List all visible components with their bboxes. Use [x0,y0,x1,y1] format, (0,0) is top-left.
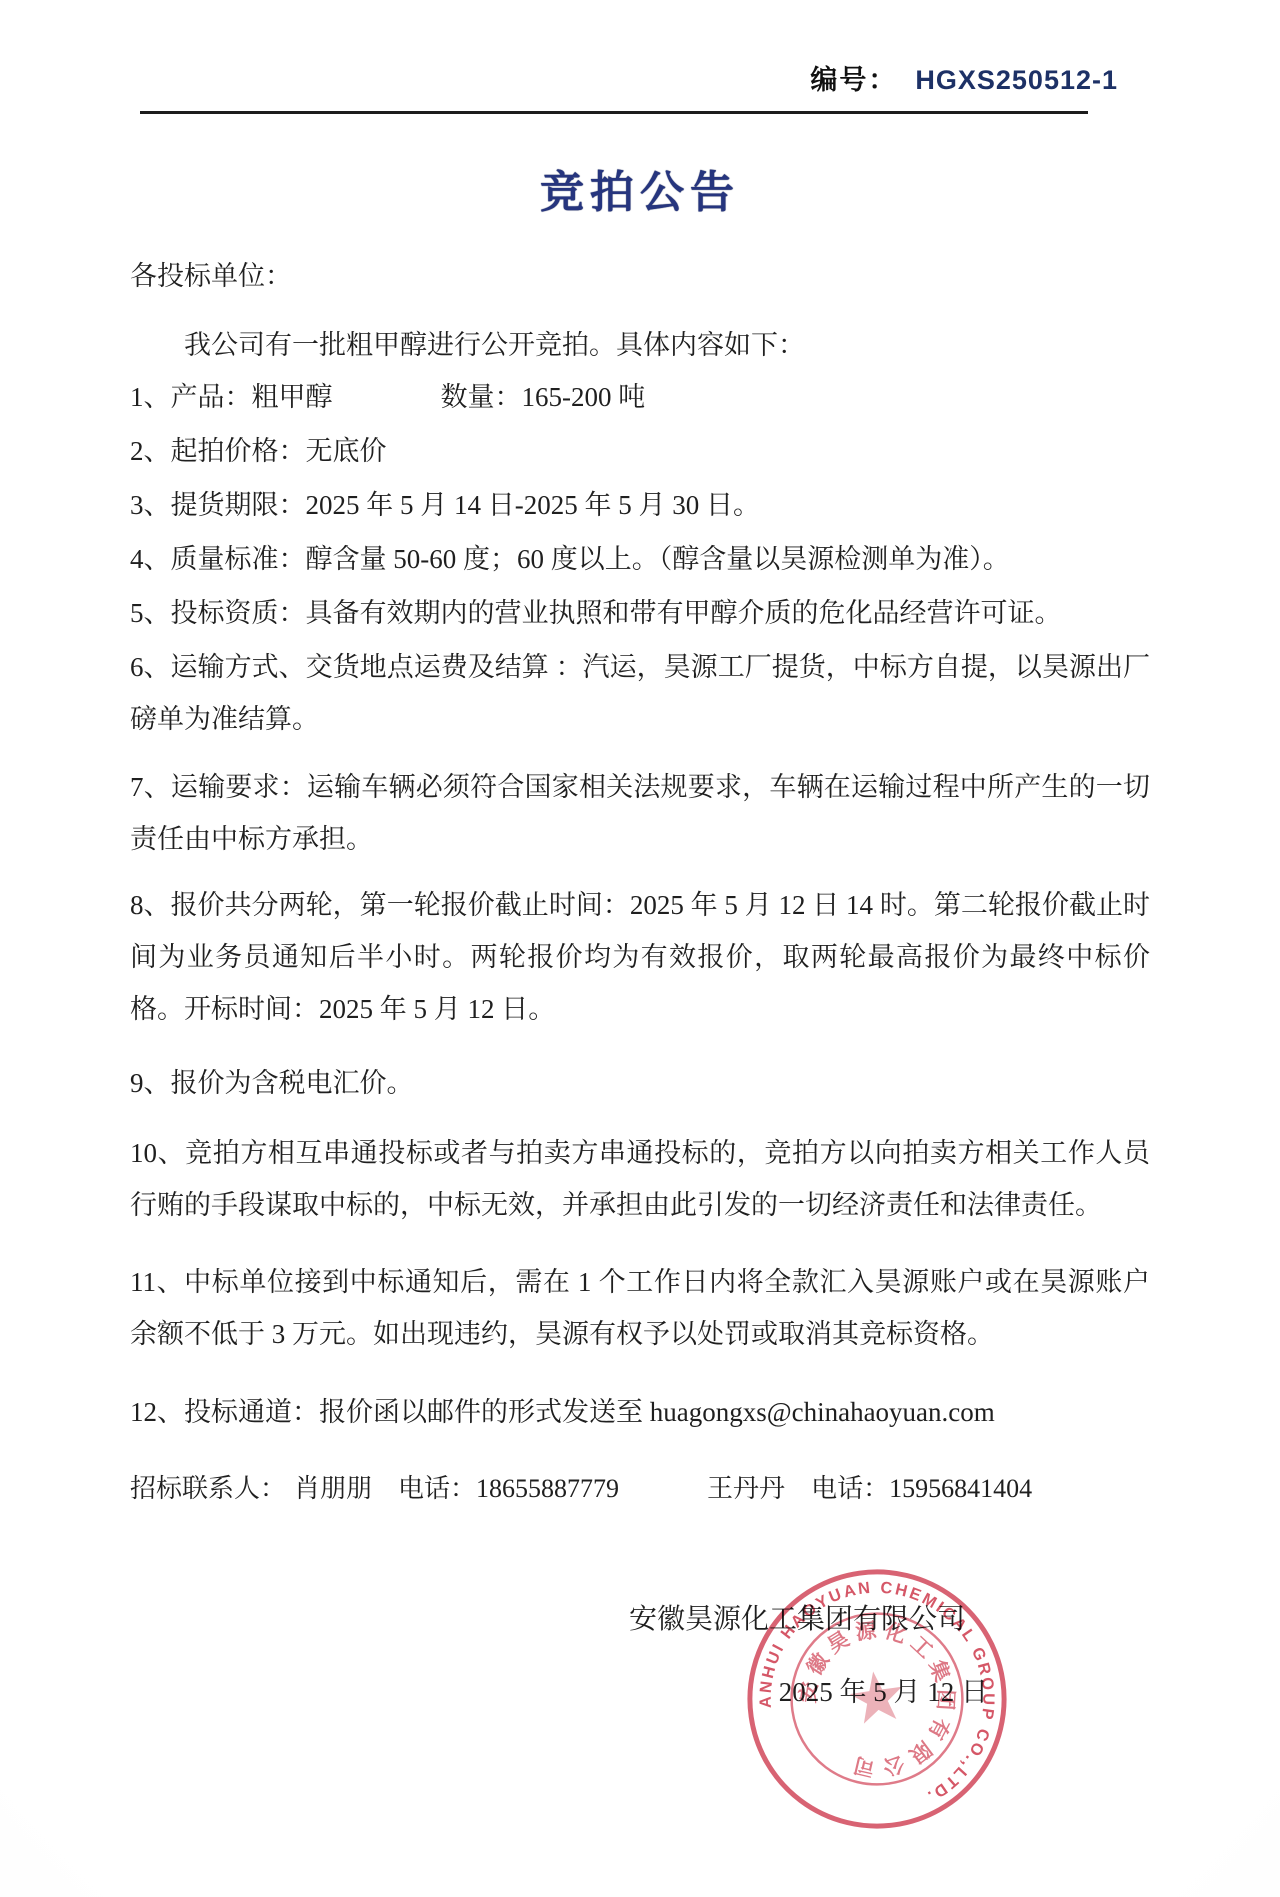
signature-company: 安徽昊源化工集团有限公司 [0,1597,1280,1637]
document-page: 编号：HGXS250512-1 竞拍公告 各投标单位： 我公司有一批粗甲醇进行公… [0,0,1280,1897]
phone-label-2: 电话： [811,1468,889,1505]
notice-item-3: 3、提货期限：2025 年 5 月 14 日-2025 年 5 月 30 日。 [130,479,1150,531]
notice-item-6: 6、运输方式、交货地点运费及结算 ：汽运，昊源工厂提货，中标方自提，以昊源出厂磅… [130,641,1150,745]
notice-item-7: 7、运输要求：运输车辆必须符合国家相关法规要求，车辆在运输过程中所产生的一切责任… [130,761,1150,865]
signature-date: 2025 年 5 月 12 日 [0,1670,1280,1709]
notice-item-4: 4、质量标准：醇含量 50-60 度；60 度以上。（醇含量以昊源检测单为准）。 [130,533,1150,585]
contact-phone-2: 15956841404 [889,1474,1032,1504]
contacts-label: 招标联系人： [130,1468,286,1505]
notice-item-2: 2、起拍价格：无底价 [130,425,1150,477]
contact-name-1: 肖朋朋 [294,1468,372,1505]
contact-phone-1: 18655887779 [476,1474,619,1504]
salutation: 各投标单位： [130,254,1280,293]
phone-label-1: 电话： [398,1468,476,1505]
contact-name-2: 王丹丹 [707,1468,785,1505]
notice-item-9: 9、报价为含税电汇价。 [130,1057,1150,1109]
notice-item-5: 5、投标资质：具备有效期内的营业执照和带有甲醇介质的危化品经营许可证。 [130,587,1150,639]
notice-items: 1、产品：粗甲醇 数量：165-200 吨 2、起拍价格：无底价 3、提货期限：… [130,371,1150,1438]
header-divider [140,111,1088,114]
notice-item-1: 1、产品：粗甲醇 数量：165-200 吨 [130,371,1150,423]
star-icon [847,1668,906,1725]
doc-number-row: 编号：HGXS250512-1 [0,0,1280,97]
notice-item-11: 11、中标单位接到中标通知后，需在 1 个工作日内将全款汇入昊源账户或在昊源账户… [130,1256,1150,1360]
company-seal-stamp: ANHUI HAOYUAN CHEMICAL GROUP CO.,LTD. 安徽… [720,1540,1035,1858]
doc-number-label: 编号： [810,65,897,95]
notice-item-12: 12、投标通道：报价函以邮件的形式发送至 huagongxs@chinahaoy… [130,1386,1150,1438]
seal-graphic: ANHUI HAOYUAN CHEMICAL GROUP CO.,LTD. 安徽… [720,1540,1035,1858]
notice-item-8: 8、报价共分两轮，第一轮报价截止时间：2025 年 5 月 12 日 14 时。… [130,879,1150,1035]
notice-item-10: 10、竞拍方相互串通投标或者与拍卖方串通投标的，竞拍方以向拍卖方相关工作人员行贿… [130,1127,1150,1231]
intro-paragraph: 我公司有一批粗甲醇进行公开竞拍。具体内容如下： [130,319,1150,371]
contacts-row: 招标联系人：肖朋朋电话：18655887779 王丹丹电话：1595684140… [130,1468,1280,1505]
page-title: 竞拍公告 [0,156,1280,220]
doc-number-value: HGXS250512-1 [915,65,1118,95]
